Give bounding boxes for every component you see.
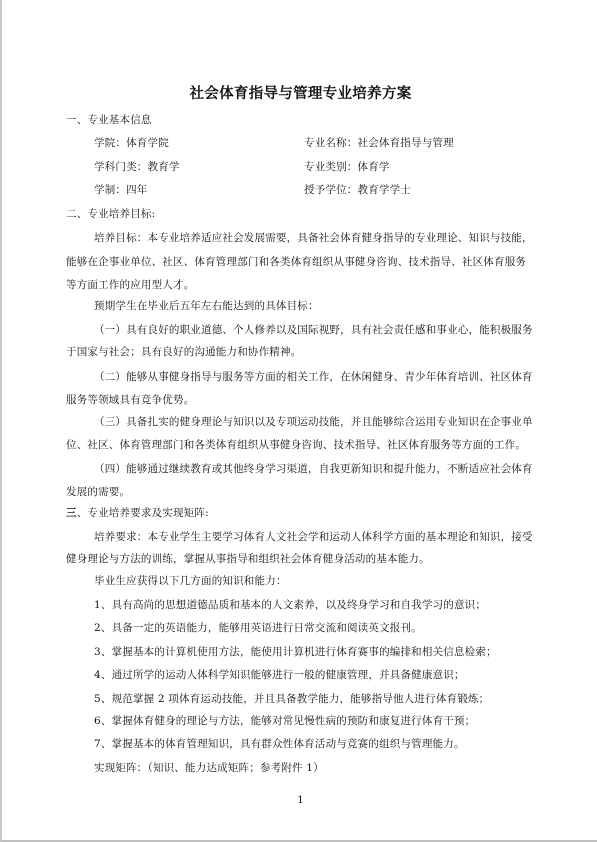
info-degree: 授予学位：教育学学士 xyxy=(304,183,411,197)
implementation-matrix: 实现矩阵：（知识、能力达成矩阵；参考附件 1） xyxy=(94,761,324,775)
info-college: 学院：体育学院 xyxy=(94,136,169,150)
goal-line-2: 能够在企事业单位、社区、体育管理部门和各类体育组织从事健身咨询、技术指导、社区体… xyxy=(66,255,536,269)
goal-item-3-line-1: （三）具备扎实的健身理论与知识以及专项运动技能，并且能够综合运用专业知识在企事业… xyxy=(94,415,533,429)
goal-item-2-line-1: （二）能够从事健身指导与服务等方面的相关工作，在休闲健身、青少年体育培训、社区体… xyxy=(94,370,533,384)
requirement-line-1: 培养要求：本专业学生主要学习体育人文社会学和运动人体科学方面的基本理论和知识，接… xyxy=(94,530,533,544)
goal-line-3: 等方面工作的应用型人才。 xyxy=(66,278,536,292)
page-number: 1 xyxy=(2,795,597,806)
goal-item-1-line-1: （一）具有良好的职业道德、个人修养以及国际视野，具有社会责任感和事业心，能积极服… xyxy=(94,323,533,337)
section1-heading: 一、专业基本信息 xyxy=(66,113,152,127)
document-title: 社会体育指导与管理专业培养方案 xyxy=(2,82,597,103)
goal-item-1-line-2: 于国家与社会；具有良好的沟通能力和协作精神。 xyxy=(66,345,536,359)
section3-heading-number: 三 xyxy=(66,507,77,519)
info-discipline: 学科门类：教育学 xyxy=(94,160,180,174)
ability-item-2: 2、具备一定的英语能力，能够用英语进行日常交流和阅读英文报刊。 xyxy=(94,621,422,635)
info-major-category: 专业类别：体育学 xyxy=(304,160,390,174)
section2-heading: 二、专业培养目标: xyxy=(66,207,155,221)
abilities-intro: 毕业生应获得以下几方面的知识和能力： xyxy=(94,574,287,588)
section3-heading: 三、专业培养要求及实现矩阵: xyxy=(66,506,209,520)
ability-item-5: 5、规范掌握 2 项体育运动技能，并且具备教学能力，能够指导他人进行体育锻炼； xyxy=(94,692,489,706)
ability-item-7: 7、掌握基本的体育管理知识，具有群众性体育活动与竞赛的组织与管理能力。 xyxy=(94,737,465,751)
requirement-line-2: 健身理论与方法的训练，掌握从事指导和组织社会体育健身活动的基本能力。 xyxy=(66,552,536,566)
info-major-name: 专业名称：社会体育指导与管理 xyxy=(304,136,454,150)
info-duration: 学制：四年 xyxy=(94,183,148,197)
expected-goals-intro: 预期学生在毕业后五年左右能达到的具体目标： xyxy=(94,299,319,313)
goal-line-1: 培养目标：本专业培养适应社会发展需要，具备社会体育健身指导的专业理论、知识与技能… xyxy=(94,231,533,245)
document-page: 社会体育指导与管理专业培养方案 一、专业基本信息 学院：体育学院 专业名称：社会… xyxy=(0,0,597,842)
ability-item-6: 6、掌握体育健身的理论与方法，能够对常见慢性病的预防和康复进行体育干预； xyxy=(94,714,475,728)
ability-item-4: 4、通过所学的运动人体科学知识能够进行一般的健康管理，并具备健康意识； xyxy=(94,668,465,682)
goal-item-3-line-2: 位、社区、体育管理部门和各类体育组织从事健身咨询、技术指导、社区体育服务等方面的… xyxy=(66,438,536,452)
ability-item-3: 3、掌握基本的计算机使用方法，能使用计算机进行体育赛事的编排和相关信息检索； xyxy=(94,645,497,659)
goal-item-4-line-1: （四）能够通过继续教育或其他终身学习渠道，自我更新知识和提升能力，不断适应社会体… xyxy=(94,462,533,476)
ability-item-1: 1、具有高尚的思想道德品质和基本的人文素养，以及终身学习和自我学习的意识； xyxy=(94,598,486,612)
section3-heading-text: 、专业培养要求及实现矩阵: xyxy=(77,507,209,519)
goal-item-2-line-2: 服务等领域具有竞争优势。 xyxy=(66,393,536,407)
goal-item-4-line-2: 发展的需要。 xyxy=(66,485,536,499)
